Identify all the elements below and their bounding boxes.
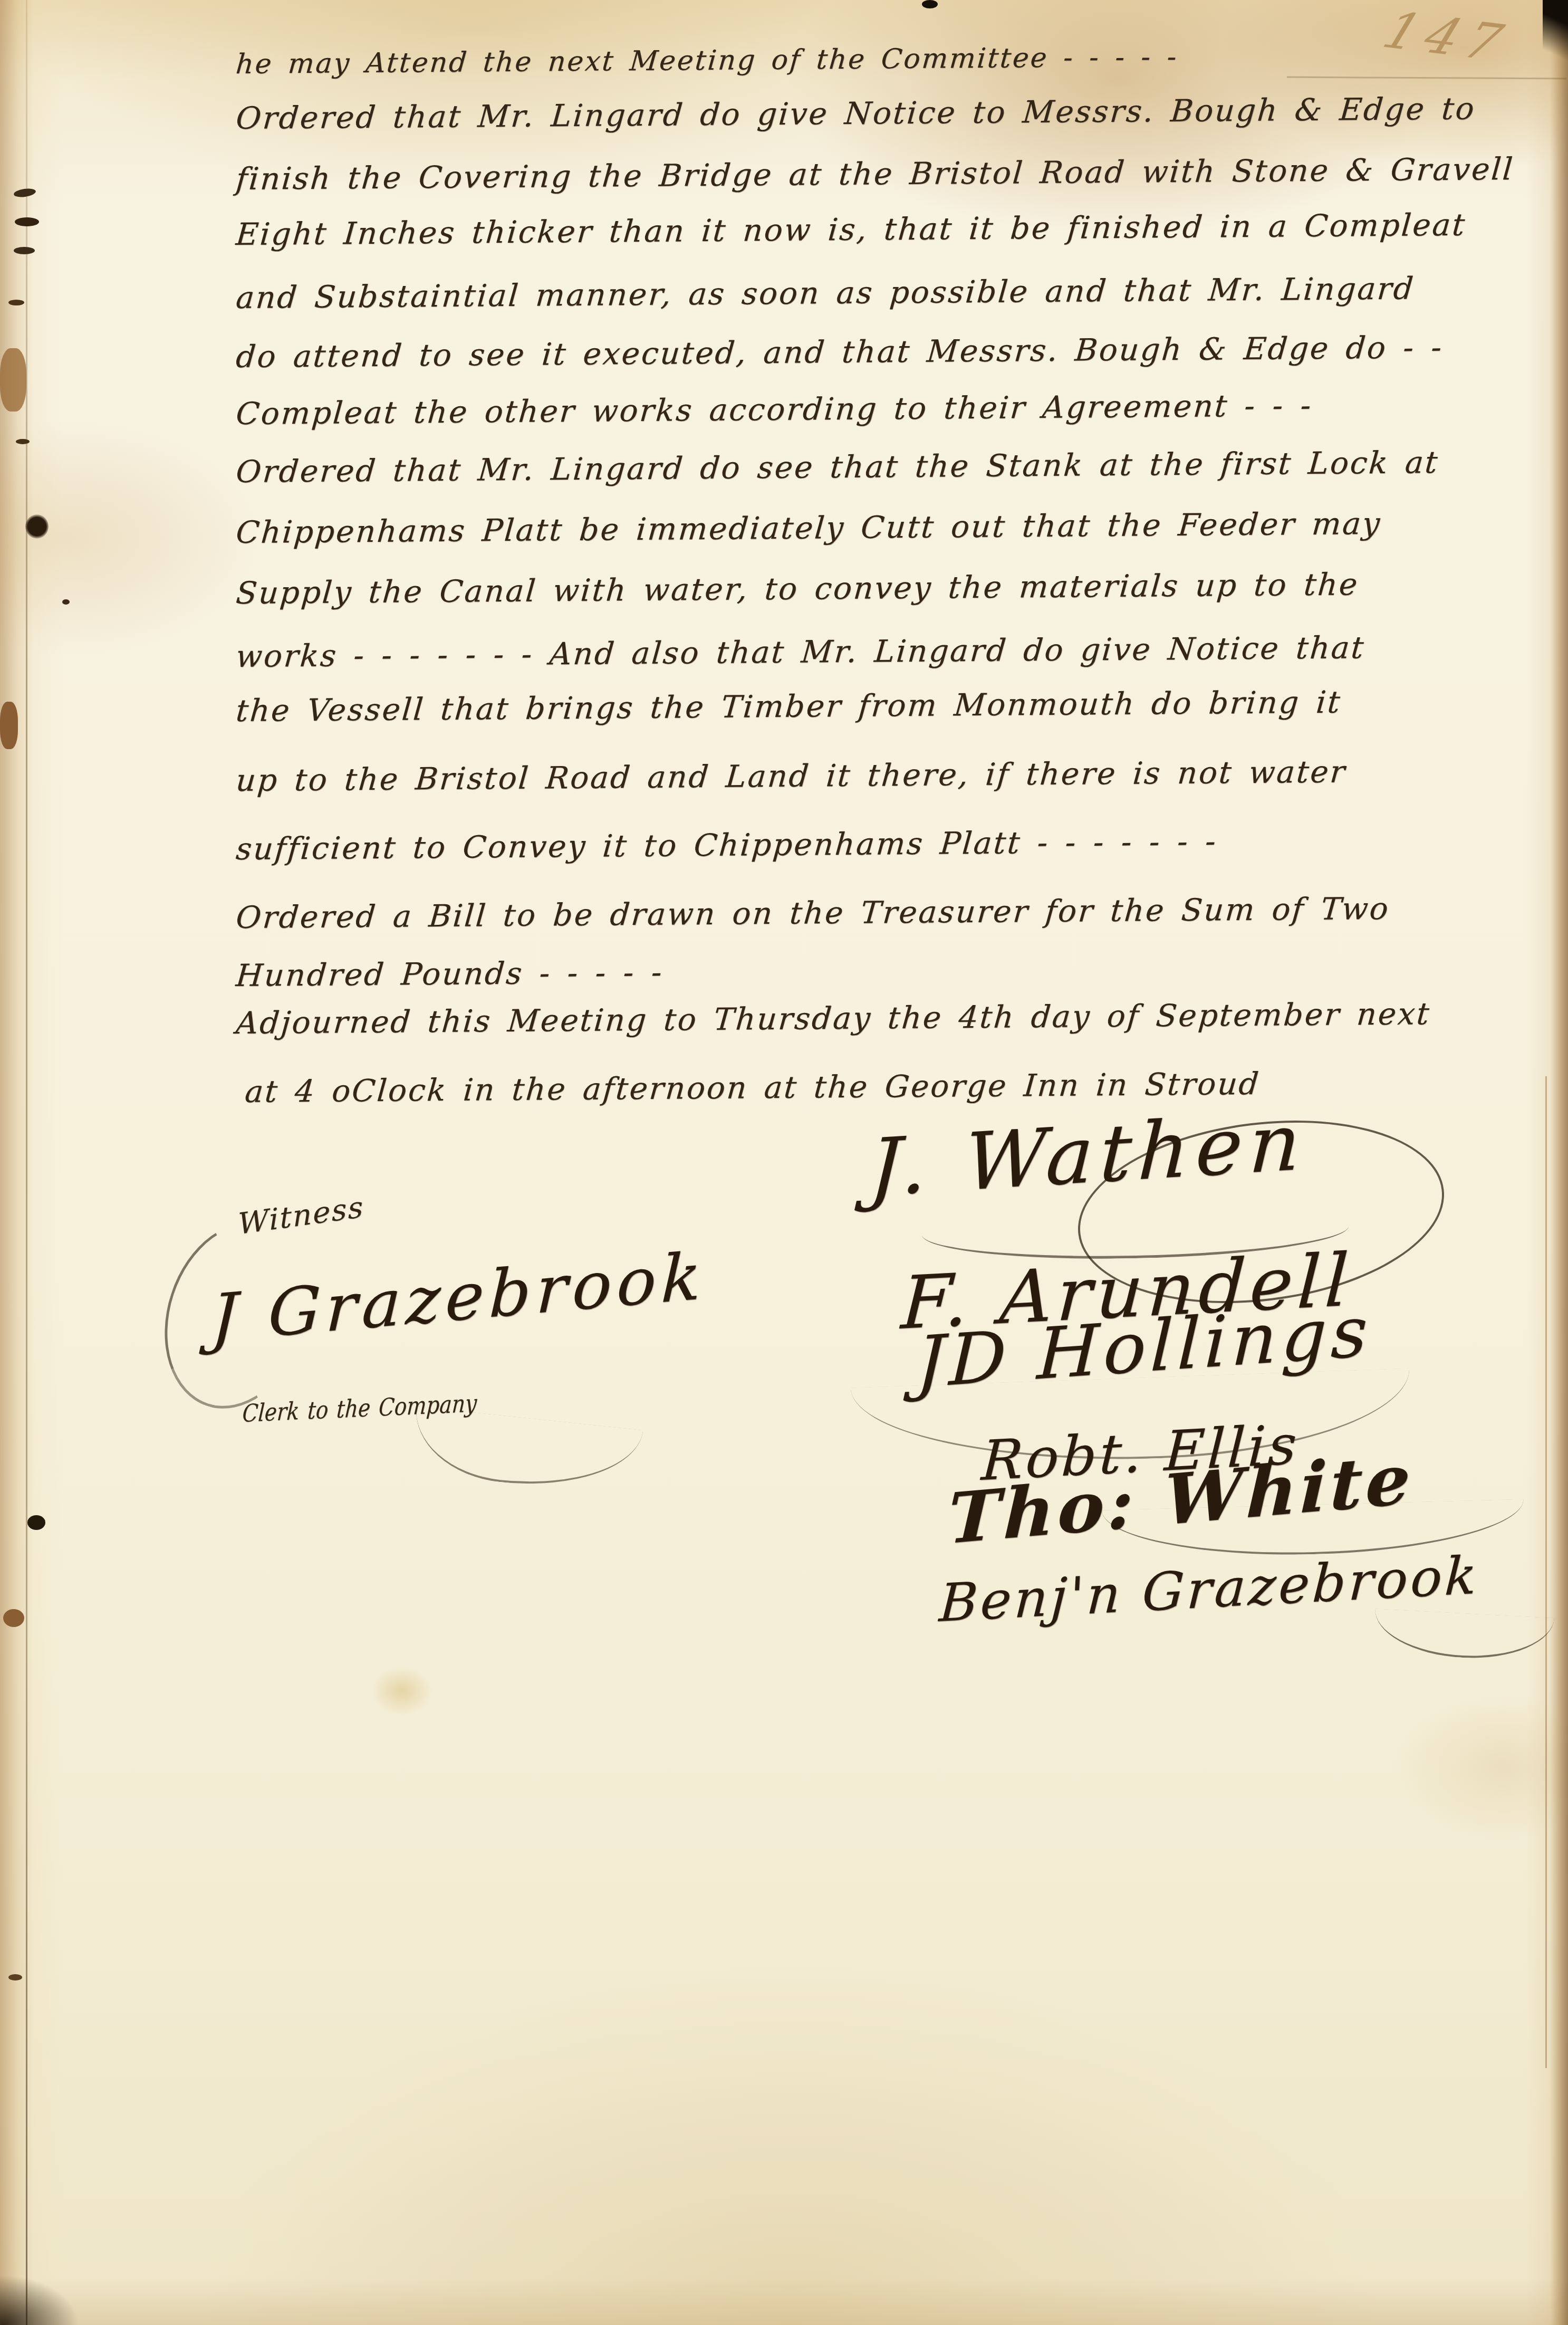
manuscript-line-2: Ordered that Mr. Lingard do give Notice … <box>235 91 1477 136</box>
page-right-edge <box>1550 0 1568 2325</box>
manuscript-line-14: sufficient to Convey it to Chippenhams P… <box>235 823 1219 867</box>
manuscript-line-18: at 4 oClock in the afternoon at the Geor… <box>244 1066 1262 1109</box>
manuscript-line-5: and Substaintial manner, as soon as poss… <box>235 270 1416 315</box>
manuscript-line-8: Ordered that Mr. Lingard do see that the… <box>235 444 1440 490</box>
dark-corner-top-right <box>1543 0 1568 87</box>
paper-crease <box>1287 76 1566 80</box>
binding-crease <box>26 0 27 2325</box>
manuscript-line-7: Compleat the other works according to th… <box>235 387 1314 432</box>
manuscript-line-13: up to the Bristol Road and Land it there… <box>235 753 1348 798</box>
manuscript-page: 147 he may Attend the next Meeting of th… <box>0 0 1568 2325</box>
binding-stain <box>13 187 36 198</box>
paper-curl-stain <box>0 348 26 412</box>
binding-stain <box>14 247 35 254</box>
signature-wathen: J. Wathen <box>868 1096 1309 1214</box>
clerk-title: Clerk to the Company <box>242 1389 478 1428</box>
signature-flourish <box>1373 1609 1554 1662</box>
manuscript-line-3: finish the Covering the Bridge at the Br… <box>235 151 1515 197</box>
witness-label: Witness <box>237 1190 364 1241</box>
manuscript-line-16: Hundred Pounds - - - - - <box>235 954 665 993</box>
binding-stain <box>8 300 24 305</box>
binding-stain <box>15 217 39 226</box>
binding-stain <box>0 702 18 749</box>
folio-number: 147 <box>1375 1 1518 73</box>
manuscript-line-9: Chippenhams Platt be immediately Cutt ou… <box>235 505 1383 550</box>
clerk-signature: J Grazebrook <box>210 1238 707 1357</box>
manuscript-line-1: he may Attend the next Meeting of the Co… <box>235 41 1179 80</box>
manuscript-line-11: works - - - - - - - And also that Mr. Li… <box>235 629 1367 674</box>
signature-flourish <box>410 1407 643 1496</box>
binding-stain <box>3 1609 24 1627</box>
manuscript-line-15: Ordered a Bill to be drawn on the Treasu… <box>235 891 1391 935</box>
signature-grazebrook: Benj'n Grazebrook <box>938 1545 1481 1634</box>
ink-speck <box>922 0 938 8</box>
manuscript-line-6: do attend to see it executed, and that M… <box>235 329 1445 375</box>
manuscript-line-12: the Vessell that brings the Timber from … <box>235 684 1343 729</box>
binding-stain <box>8 1974 22 1980</box>
manuscript-line-10: Supply the Canal with water, to convey t… <box>235 566 1360 611</box>
manuscript-line-17: Adjourned this Meeting to Thursday the 4… <box>235 996 1432 1041</box>
ink-blot <box>25 514 49 539</box>
ink-speck <box>62 599 70 605</box>
page-right-edge-line <box>1545 1076 1547 2068</box>
dark-corner-bottom-left <box>0 2275 79 2325</box>
binding-stain <box>16 439 30 444</box>
ink-blot <box>27 1515 45 1530</box>
manuscript-line-4: Eight Inches thicker than it now is, tha… <box>235 207 1468 252</box>
